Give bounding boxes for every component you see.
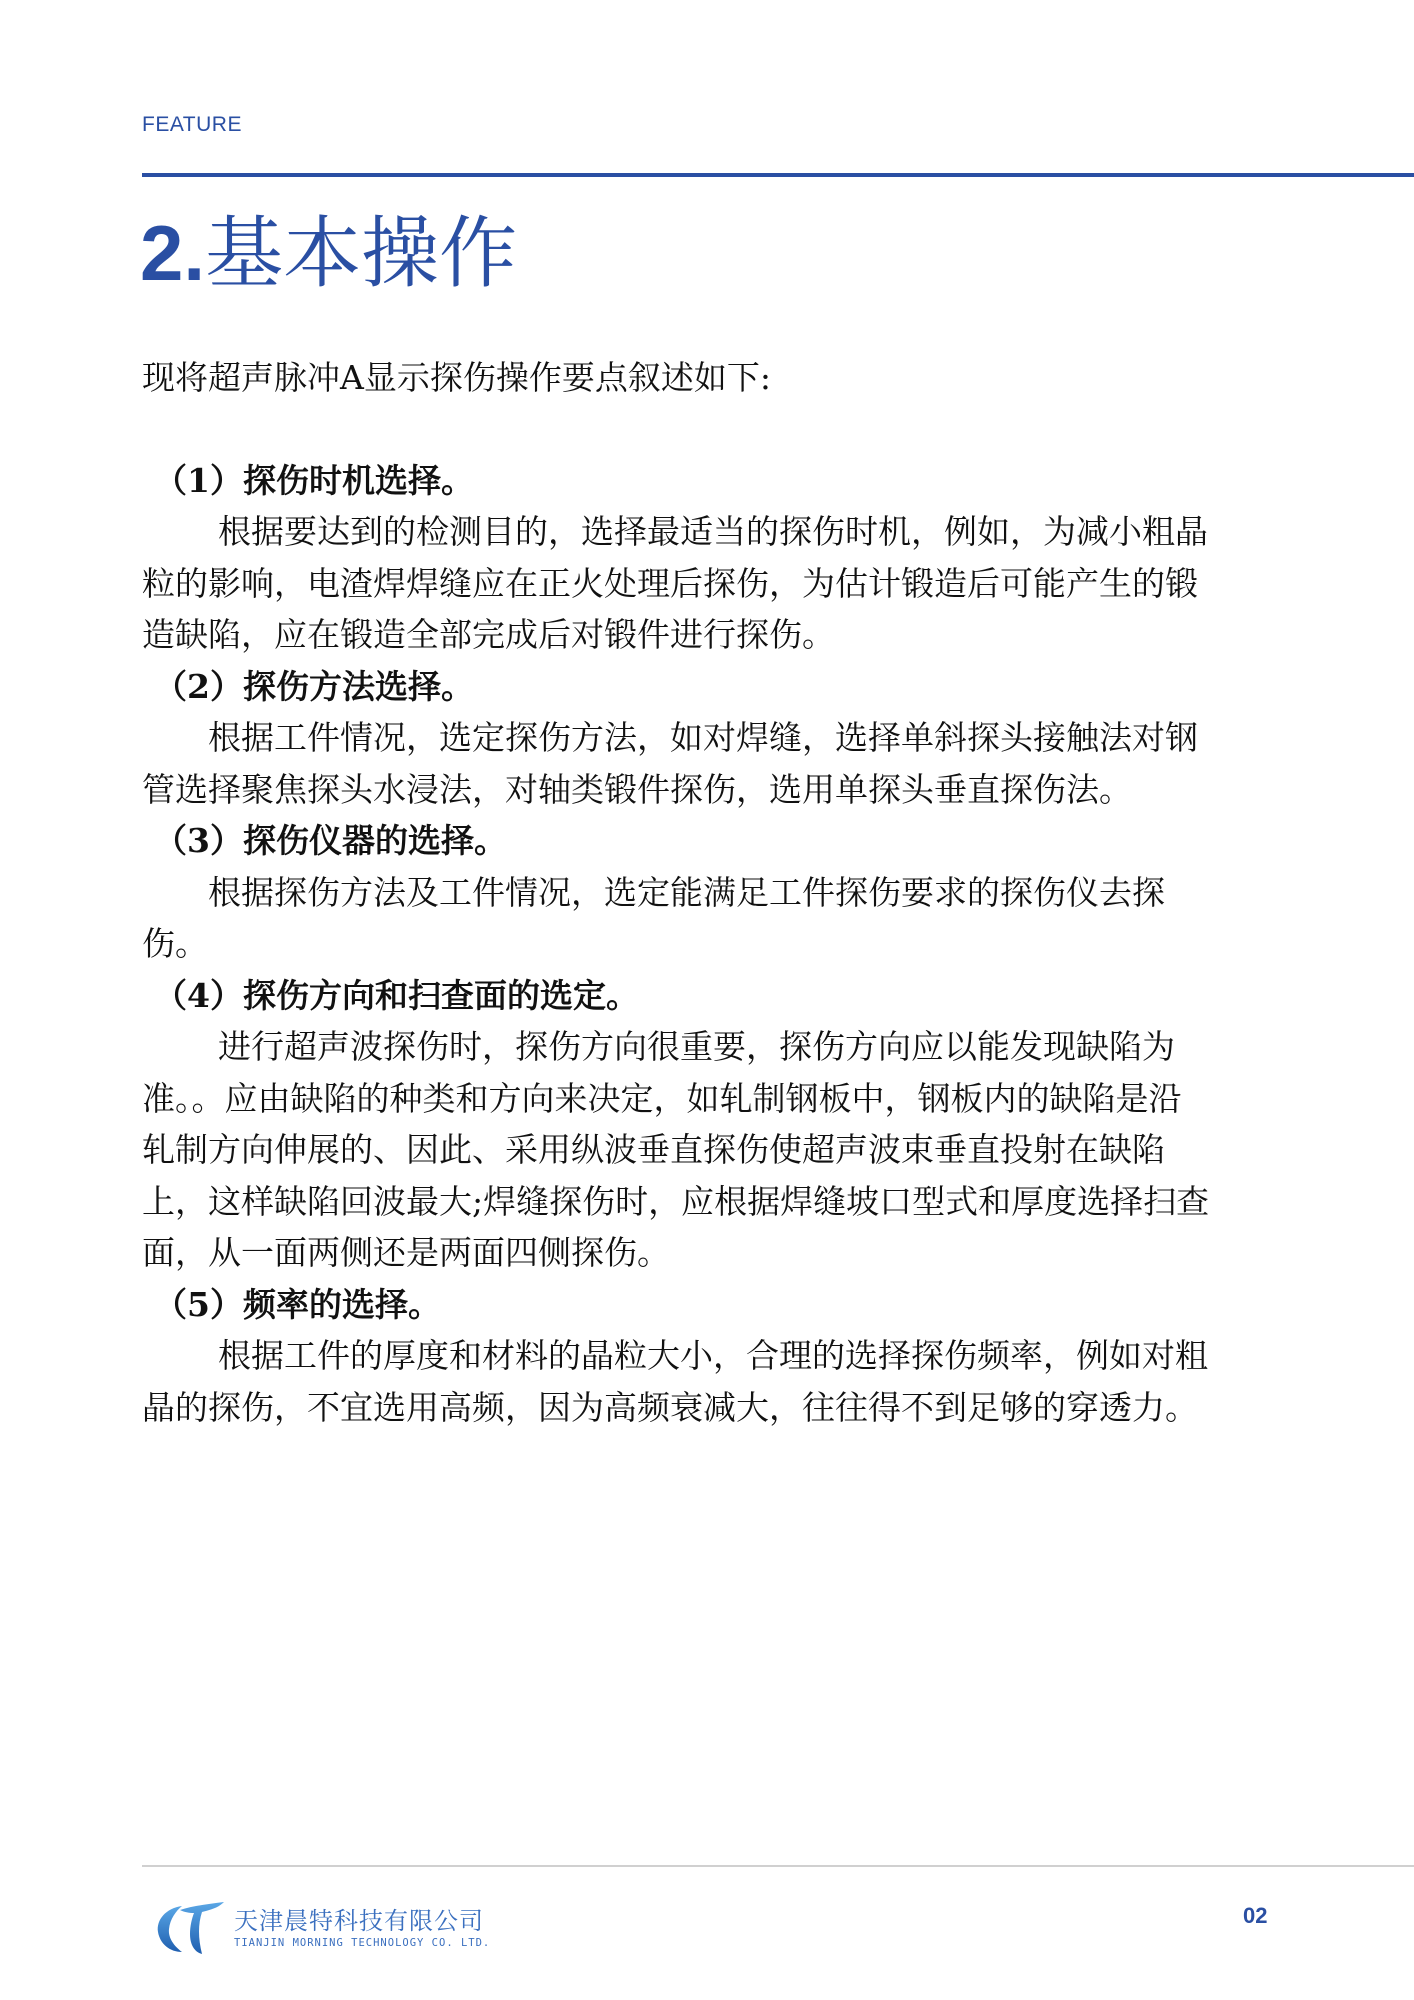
company-name-en: TIANJIN MORNING TECHNOLOGY CO. LTD. xyxy=(234,1937,490,1949)
page-number: 02 xyxy=(1243,1903,1267,1929)
section-heading-2: （2）探伤方法选择。 xyxy=(142,661,1242,713)
page-title: 2.基本操作 xyxy=(140,214,517,293)
section-body-3: 根据探伤方法及工件情况，选定能满足工件探伤要求的探伤仪去探伤。 xyxy=(142,867,1212,970)
section-heading-1: （1）探伤时机选择。 xyxy=(142,455,1242,507)
footer-divider xyxy=(142,1865,1414,1867)
section-heading-4: （4）探伤方向和扫查面的选定。 xyxy=(142,970,1242,1022)
company-name-cn: 天津晨特科技有限公司 xyxy=(234,1907,490,1935)
header-divider xyxy=(142,173,1414,177)
page-title-number: 2. xyxy=(140,209,205,297)
section-body-5: 根据工件的厚度和材料的晶粒大小，合理的选择探伤频率，例如对粗晶的探伤，不宜选用高… xyxy=(142,1330,1212,1433)
section-body-2: 根据工件情况，选定探伤方法，如对焊缝，选择单斜探头接触法对钢管选择聚焦探头水浸法… xyxy=(142,712,1212,815)
page-title-text: 基本操作 xyxy=(205,209,517,299)
section-heading-5: （5）频率的选择。 xyxy=(142,1279,1242,1331)
ct-logo-icon xyxy=(152,1900,228,1956)
document-body: 现将超声脉冲A显示探伤操作要点叙述如下: （1）探伤时机选择。 根据要达到的检测… xyxy=(142,352,1242,1433)
section-kicker: FEATURE xyxy=(142,113,242,137)
section-body-4: 进行超声波探伤时，探伤方向很重要，探伤方向应以能发现缺陷为准。。应由缺陷的种类和… xyxy=(142,1021,1212,1279)
intro-paragraph: 现将超声脉冲A显示探伤操作要点叙述如下: xyxy=(142,352,1242,404)
section-heading-3: （3）探伤仪器的选择。 xyxy=(142,815,1242,867)
company-logo: 天津晨特科技有限公司 TIANJIN MORNING TECHNOLOGY CO… xyxy=(152,1900,490,1956)
section-body-1: 根据要达到的检测目的，选择最适当的探伤时机，例如，为减小粗晶粒的影响，电渣焊焊缝… xyxy=(142,506,1212,661)
